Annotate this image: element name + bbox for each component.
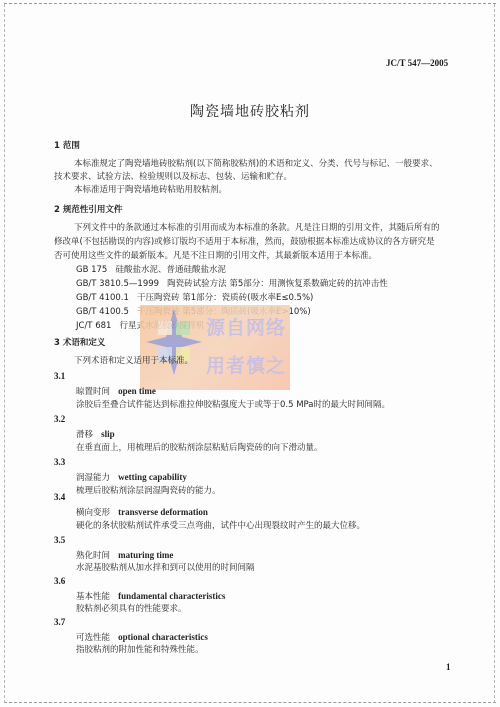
reference-code: GB/T 3810.5—1999	[76, 279, 159, 289]
term-zh: 横向变形	[76, 508, 110, 518]
term-zh: 晾置时间	[76, 387, 110, 397]
reference-title: 干压陶瓷砖 第1部分：瓷质砖(吸水率E≤0.5%)	[137, 293, 313, 303]
term-definition: 胶粘剂必须具有的性能要求。	[76, 604, 187, 615]
term-en: transverse deformation	[118, 507, 208, 517]
term-en: optional characteristics	[118, 632, 208, 642]
term-number: 3.2	[54, 414, 65, 424]
watermark-text-line2: 用者慎之	[206, 351, 286, 378]
term-name: 横向变形 transverse deformation	[76, 507, 208, 519]
document-page: JC/T 547—2005 陶瓷墙地砖胶粘剂 1 范围 本标准规定了陶瓷墙地砖胶…	[0, 0, 500, 707]
reference-code: GB/T 4100.5	[76, 307, 129, 317]
reference-item: GB/T 4100.1 干压陶瓷砖 第1部分：瓷质砖(吸水率E≤0.5%)	[76, 293, 313, 304]
term-en: wetting capability	[118, 472, 187, 482]
term-en: fundamental characteristics	[118, 591, 225, 601]
term-definition: 指胶粘剂的附加性能和特殊性能。	[76, 645, 204, 656]
term-en: maturing time	[118, 550, 173, 560]
term-zh: 润湿能力	[76, 473, 110, 483]
reference-title: 陶瓷砖试验方法 第5部分：用测恢复系数确定砖的抗冲击性	[167, 279, 388, 289]
reference-item: GB/T 3810.5—1999 陶瓷砖试验方法 第5部分：用测恢复系数确定砖的…	[76, 279, 388, 290]
section-1-heading: 1 范围	[54, 141, 80, 152]
reference-title: 硅酸盐水泥、普通硅酸盐水泥	[115, 265, 226, 275]
scan-border-bottom	[4, 702, 496, 703]
section-2-heading: 2 规范性引用文件	[54, 205, 122, 216]
term-number: 3.1	[54, 371, 65, 381]
reference-code: GB 175	[76, 265, 107, 275]
term-name: 基本性能 fundamental characteristics	[76, 591, 225, 603]
term-number: 3.7	[54, 617, 65, 627]
term-name: 润湿能力 wetting capability	[76, 472, 187, 484]
term-zh: 可选性能	[76, 633, 110, 643]
section-2-para-line2: 修改单(不包括勘误的内容)或修订版均不适用于本标准，然而，鼓励根据本标准达成协议…	[54, 237, 435, 248]
term-definition: 硬化的条状胶粘剂试件承受三点弯曲，试件中心出现裂纹时产生的最大位移。	[76, 521, 365, 532]
reference-code: GB/T 4100.1	[76, 293, 129, 303]
term-zh: 熟化时间	[76, 551, 110, 561]
term-definition: 涂胶后至叠合试件能达到标准拉伸胶粘强度大于或等于0.5 MPa时的最大时间间隔。	[76, 400, 390, 411]
term-definition: 水泥基胶粘剂从加水拌和到可以使用的时间间隔	[76, 563, 255, 574]
section-3-heading: 3 术语和定义	[54, 338, 105, 349]
term-number: 3.5	[54, 535, 65, 545]
page-title: 陶瓷墙地砖胶粘剂	[0, 101, 500, 121]
term-number: 3.3	[54, 457, 65, 467]
section-1-para1-line2: 技术要求、试验方法、检验规则以及标志、包装、运输和贮存。	[54, 172, 292, 183]
term-name: 熟化时间 maturing time	[76, 550, 173, 562]
section-3-intro: 下列术语和定义适用于本标准。	[74, 356, 193, 367]
term-number: 3.4	[54, 492, 65, 502]
section-1-para2: 本标准适用于陶瓷墙地砖粘贴用胶粘剂。	[74, 185, 227, 196]
term-name: 可选性能 optional characteristics	[76, 632, 208, 644]
standard-code: JC/T 547—2005	[386, 58, 448, 68]
section-2-para-line3: 否可使用这些文件的最新版本。凡是不注日期的引用文件，其最新版本适用于本标准。	[54, 251, 377, 262]
section-2-para-line1: 下列文件中的条款通过本标准的引用而成为本标准的条款。凡是注日期的引用文件，其随后…	[74, 223, 440, 234]
term-zh: 基本性能	[76, 592, 110, 602]
term-en: slip	[101, 429, 115, 439]
watermark: 源自网络 用者慎之	[140, 305, 290, 390]
page-number: 1	[446, 662, 451, 672]
term-en: open time	[118, 386, 156, 396]
term-name: 晾置时间 open time	[76, 386, 156, 398]
term-zh: 滑移	[76, 430, 93, 440]
reference-item: GB 175 硅酸盐水泥、普通硅酸盐水泥	[76, 265, 226, 276]
term-definition: 梳理后胶粘剂涂层润湿陶瓷砖的能力。	[76, 486, 221, 497]
scan-border-top	[4, 3, 496, 4]
term-name: 滑移 slip	[76, 429, 115, 441]
section-1-para1-line1: 本标准规定了陶瓷墙地砖胶粘剂(以下简称胶粘剂)的术语和定义、分类、代号与标记、一…	[74, 159, 438, 170]
term-number: 3.6	[54, 576, 65, 586]
term-definition: 在垂直面上，用梳理后的胶粘剂涂层粘贴后陶瓷砖的向下滑动量。	[76, 443, 323, 454]
watermark-text-line1: 源自网络	[206, 313, 286, 340]
reference-code: JC/T 681	[76, 321, 111, 331]
